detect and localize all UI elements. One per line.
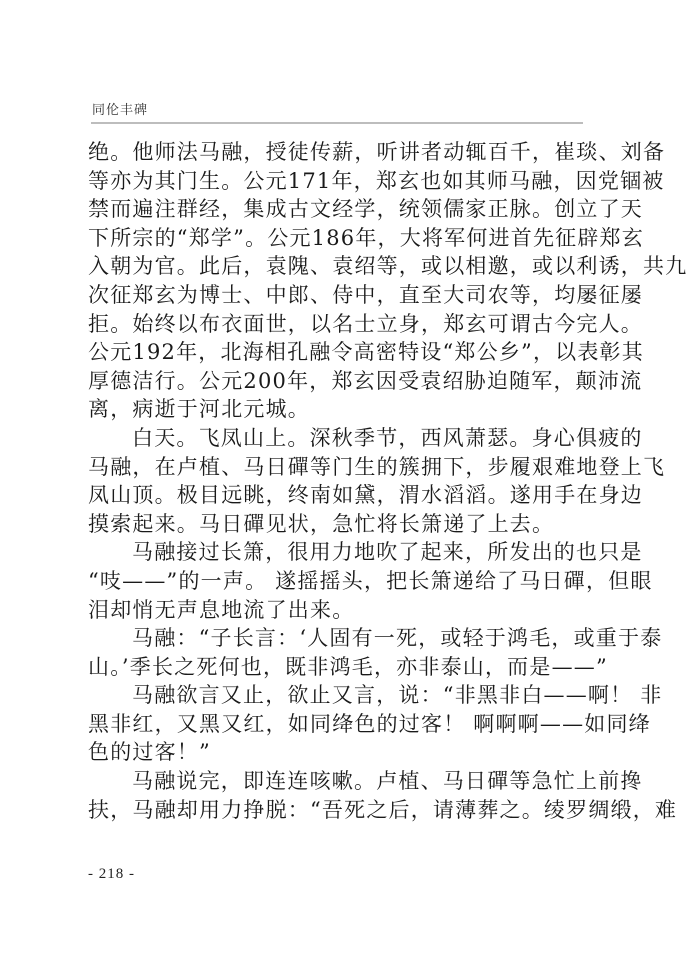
text-line: 马融，在卢植、马日磾等门生的簇拥下，步履艰难地登上飞 xyxy=(88,453,584,482)
running-header: 同伦丰碑 xyxy=(91,96,583,124)
text-line: 马融接过长箫，很用力地吹了起来，所发出的也只是 xyxy=(88,538,584,567)
text-line: 凤山顶。极目远眺，终南如黛，渭水滔滔。遂用手在身边 xyxy=(88,481,584,510)
text-line: 白天。飞凤山上。深秋季节，西风萧瑟。身心俱疲的 xyxy=(88,424,584,453)
text-line: 等亦为其门生。公元171年，郑玄也如其师马融，因党锢被 xyxy=(88,167,584,196)
paragraph-zheng-xuan-biography: 绝。他师法马融，授徒传薪，听讲者动辄百千，崔琰、刘备 等亦为其门生。公元171年… xyxy=(88,138,584,424)
paragraph-feifeng-mountain: 白天。飞凤山上。深秋季节，西风萧瑟。身心俱疲的 马融，在卢植、马日磾等门生的簇拥… xyxy=(88,424,584,538)
paragraph-hesitation: 马融欲言又止，欲止又言，说：“非黑非白——啊！ 非 黑非红，又黑又红，如同绛色的… xyxy=(88,681,584,767)
text-line: 入朝为官。此后，袁隗、袁绍等，或以相邀，或以利诱，共九 xyxy=(88,252,584,281)
text-line: 色的过客！” xyxy=(88,738,584,767)
running-title: 同伦丰碑 xyxy=(92,99,148,118)
text-line: 次征郑玄为博士、中郎、侍中，直至大司农等，均屡征屡 xyxy=(88,281,584,310)
text-line: 拒。始终以布衣面世，以名士立身，郑玄可谓古今完人。 xyxy=(88,310,584,339)
text-line: “吱——”的一声。 遂摇摇头，把长箫递给了马日磾，但眼 xyxy=(88,567,584,596)
body-text: 绝。他师法马融，授徒传薪，听讲者动辄百千，崔琰、刘备 等亦为其门生。公元171年… xyxy=(88,138,584,824)
text-line: 绝。他师法马融，授徒传薪，听讲者动辄百千，崔琰、刘备 xyxy=(88,138,584,167)
text-line: 山。’季长之死何也，既非鸿毛，亦非泰山，而是——” xyxy=(88,653,584,682)
text-line: 禁而遍注群经，集成古文经学，统领儒家正脉。创立了天 xyxy=(88,195,584,224)
text-line: 离，病逝于河北元城。 xyxy=(88,395,584,424)
text-line: 马融欲言又止，欲止又言，说：“非黑非白——啊！ 非 xyxy=(88,681,584,710)
text-line: 泪却悄无声息地流了出来。 xyxy=(88,596,584,625)
text-line: 厚德洁行。公元200年，郑玄因受袁绍胁迫随军，颠沛流 xyxy=(88,367,584,396)
text-line: 马融说完，即连连咳嗽。卢植、马日磾等急忙上前搀 xyxy=(88,767,584,796)
text-line: 黑非红，又黑又红，如同绛色的过客！ 啊啊啊——如同绛 xyxy=(88,710,584,739)
page-number: - 218 - xyxy=(88,866,135,883)
text-line: 扶，马融却用力挣脱：“吾死之后，请薄葬之。绫罗绸缎，难 xyxy=(88,796,584,825)
paragraph-ma-rong-speech: 马融：“子长言：‘人固有一死，或轻于鸿毛，或重于泰 山。’季长之死何也，既非鸿毛… xyxy=(88,624,584,681)
text-line: 摸索起来。马日磾见状，急忙将长箫递了上去。 xyxy=(88,510,584,539)
text-line: 马融：“子长言：‘人固有一死，或轻于鸿毛，或重于泰 xyxy=(88,624,584,653)
paragraph-final-words: 马融说完，即连连咳嗽。卢植、马日磾等急忙上前搀 扶，马融却用力挣脱：“吾死之后，… xyxy=(88,767,584,824)
text-line: 公元192年，北海相孔融令高密特设“郑公乡”，以表彰其 xyxy=(88,338,584,367)
paragraph-flute: 马融接过长箫，很用力地吹了起来，所发出的也只是 “吱——”的一声。 遂摇摇头，把… xyxy=(88,538,584,624)
text-line: 下所宗的“郑学”。公元186年，大将军何进首先征辟郑玄 xyxy=(88,224,584,253)
